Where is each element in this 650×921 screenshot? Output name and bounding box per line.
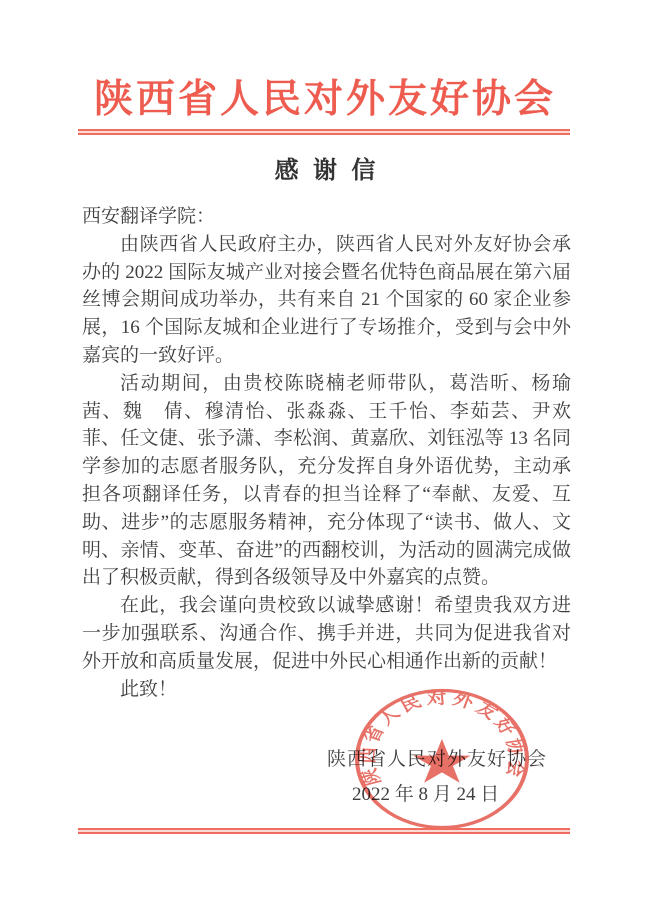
salutation: 西安翻译学院： [82,203,571,231]
paragraph-event-overview: 由陕西省人民政府主办，陕西省人民对外友好协会承办的 2022 国际友城产业对接会… [82,231,571,370]
paragraph-volunteer-names: 活动期间，由贵校陈晓楠老师带队，葛浩昕、杨瑜茜、魏 倩、穆清怡、张淼淼、王千怡、… [82,370,571,592]
closing-phrase: 此致！ [82,676,571,704]
organization-name: 陕西省人民对外友好协会 [0,68,650,124]
letter-page: 陕西省人民对外友好协会 感谢信 西安翻译学院： 由陕西省人民政府主办，陕西省人民… [0,0,650,921]
signature-organization: 陕西省人民对外友好协会 [327,744,547,771]
letter-title: 感谢信 [0,150,650,185]
letter-body: 西安翻译学院： 由陕西省人民政府主办，陕西省人民对外友好协会承办的 2022 国… [82,203,571,703]
signature-date: 2022 年 8 月 24 日 [352,779,499,806]
footer-divider-line [78,828,570,834]
paragraph-thanks: 在此，我会谨向贵校致以诚挚感谢！希望贵我双方进一步加强联系、沟通合作、携手并进，… [82,592,571,675]
header-divider-line [78,129,570,135]
